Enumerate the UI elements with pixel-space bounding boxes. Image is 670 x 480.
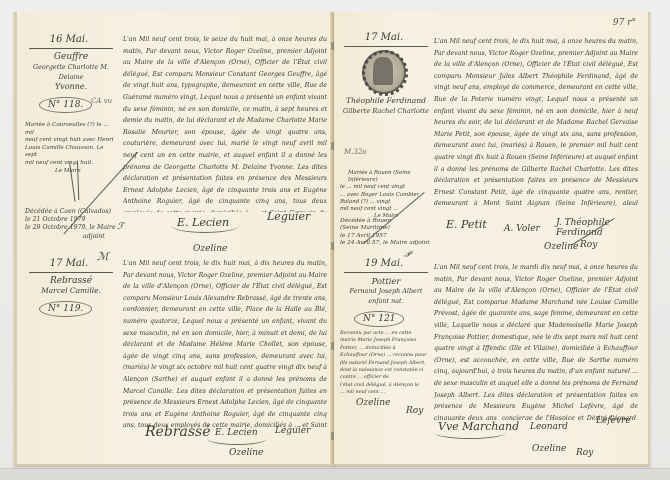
signature-initials: ℳ — [97, 250, 109, 263]
divider — [344, 46, 428, 47]
entry-surname: Rebrassé — [25, 276, 117, 286]
signature-adjoint: ℱ — [117, 222, 124, 232]
entry-margin-rebrasse: 17 Mai. Rebrassé Marcel Camille. N° 119. — [25, 258, 117, 317]
entry-surname: Geuffre — [25, 52, 117, 62]
annotation-line: adjoint — [25, 233, 117, 241]
left-page: 16 Mai. Geuffre Georgette Charlotte M. D… — [14, 12, 335, 466]
divider — [344, 272, 428, 273]
annotation-line: l'état civil délégué, à Alençon le — [340, 382, 432, 389]
annotation-line: Mariée à Rouen (Seine Inférieure) — [340, 170, 432, 184]
signature: Lefèvre — [596, 416, 631, 426]
signature-flourish — [171, 218, 239, 233]
signature: E. Petit — [446, 218, 487, 231]
entry-body-text: L'an Mil neuf cent trois, le dix huit ma… — [434, 36, 638, 212]
signature-officer-initials: Roy — [576, 448, 593, 458]
annotation-line: neuf cent vingt huit avec Henri — [25, 137, 117, 145]
entry-given-names-2: Yvonne. — [25, 82, 117, 92]
annotation-line: (Seine Maritime) — [340, 225, 432, 232]
signature: Leonard — [530, 422, 568, 432]
signature-officer: Ozeline — [229, 448, 263, 458]
signature-officer: Ozeline — [356, 398, 390, 408]
margin-code: M.32o — [344, 148, 367, 156]
annotation-line: le 29 Octobre 1979, le Maire — [25, 224, 117, 232]
signature-officer-initials: Roy — [406, 406, 423, 416]
entry-date: 17 Mai. — [39, 258, 99, 269]
scanner-edge — [0, 468, 670, 480]
entry-surname: Pottier — [340, 276, 432, 286]
entry-date: 17 Mai. — [354, 32, 414, 43]
entry-given-names: Gilberte Rachel Charlotte — [340, 106, 432, 116]
divider — [29, 48, 113, 49]
divider — [29, 272, 113, 273]
annotation-line: le ... mil neuf cent vingt — [340, 184, 432, 191]
signature-initials: 𝒫 — [404, 250, 411, 260]
entry-given-names: Georgette Charlotte M. Delaine — [25, 62, 117, 82]
signature: Leguier — [275, 426, 310, 436]
entry-body-text: L'an Mil neuf cent trois, le seize du hu… — [123, 34, 327, 212]
annotation-line: le 17 Avril 1957 — [340, 233, 432, 240]
entry-number: N° 118. — [39, 97, 92, 113]
entry-date: 16 Mai. — [39, 34, 99, 45]
annotation-line: mairie Marie Joseph Françoise — [340, 337, 432, 344]
annotation-line: mil neuf cent vingt ... — [340, 206, 432, 213]
annotation-line: dont la naissance est constatée ci — [340, 367, 432, 374]
entry-number: N° 119. — [39, 301, 92, 317]
annotation-line: Echauffour (Orne) ... reconnu pour — [340, 352, 432, 359]
death-annotation: Décédée à Caen (Calvados) le 21 Octobre … — [25, 208, 117, 241]
annotation-line: le 24 Avril 57, le Maire adjoint — [340, 240, 432, 247]
right-page: 97 r° 17 Mai. Théophile Ferdinand Gilber… — [334, 12, 650, 466]
annotation-line: Reconnu par acte ... en cette — [340, 330, 432, 337]
signature: Leguier — [267, 210, 310, 223]
signature-flourish — [207, 432, 267, 445]
annotation-line: ... mil neuf cent ... — [340, 389, 432, 396]
signature-officer: Ozeline — [193, 244, 227, 254]
entry-margin-pottier: 19 Mai. Pottier Fernand Joseph Albert en… — [340, 258, 432, 327]
entry-names-theophile: Théophile Ferdinand Gilberte Rachel Char… — [340, 96, 432, 116]
recognition-annotation: Reconnu par acte ... en cette mairie Mar… — [340, 330, 432, 397]
marianne-figure-icon — [373, 57, 393, 85]
annotation-line: fils naturel Fernand Joseph Albert, — [340, 360, 432, 367]
folio-number: 97 r° — [613, 18, 636, 28]
annotation-line: Mariée à Courseulles (?) le ... mil — [25, 122, 117, 137]
signature-officer: Ozeline — [532, 444, 566, 454]
signature-officer: Ozeline — [544, 242, 578, 252]
entry-number: N° 121 — [354, 311, 404, 327]
annotation-line: le 21 Octobre 1979 — [25, 216, 117, 224]
annotation-line: Décédée à Caen (Calvados) — [25, 208, 117, 216]
entry-given-names: Marcel Camille. — [25, 286, 117, 296]
republique-francaise-seal-stamp — [362, 50, 406, 94]
entry-status-note: enfant nat. — [340, 296, 432, 306]
entry-body-text: L'an Mil neuf cent trois, le dix huit ma… — [123, 258, 327, 428]
signature-officer-initials: Roy — [580, 240, 597, 250]
annotation-line: Roland (?) ... vingt — [340, 199, 432, 206]
signature: J. Théophile Ferdinand — [556, 218, 648, 238]
signature: A. Voler — [504, 224, 540, 234]
signature-flourish — [434, 426, 506, 439]
signature: Rebrassé — [145, 424, 210, 440]
entry-body-text: L'an Mil neuf cent trois, le mardi dix n… — [434, 262, 638, 420]
entry-margin-theophile: 17 Mai. — [340, 32, 432, 50]
open-register-book: 16 Mai. Geuffre Georgette Charlotte M. D… — [14, 12, 648, 464]
annotation-line: mil neuf cent vingt huit. — [25, 160, 117, 168]
entry-given-names: Fernand Joseph Albert — [340, 286, 432, 296]
entry-margin-geuffre: 16 Mai. Geuffre Georgette Charlotte M. D… — [25, 34, 117, 113]
marriage-annotation: Mariée à Courseulles (?) le ... mil neuf… — [25, 122, 117, 175]
annotation-line: Louis Camille Chausson. Le sept — [25, 145, 117, 160]
annotation-line: contre ... officier de — [340, 374, 432, 381]
margin-code: CA vu — [91, 97, 112, 105]
entry-surname: Théophile Ferdinand — [340, 96, 432, 106]
